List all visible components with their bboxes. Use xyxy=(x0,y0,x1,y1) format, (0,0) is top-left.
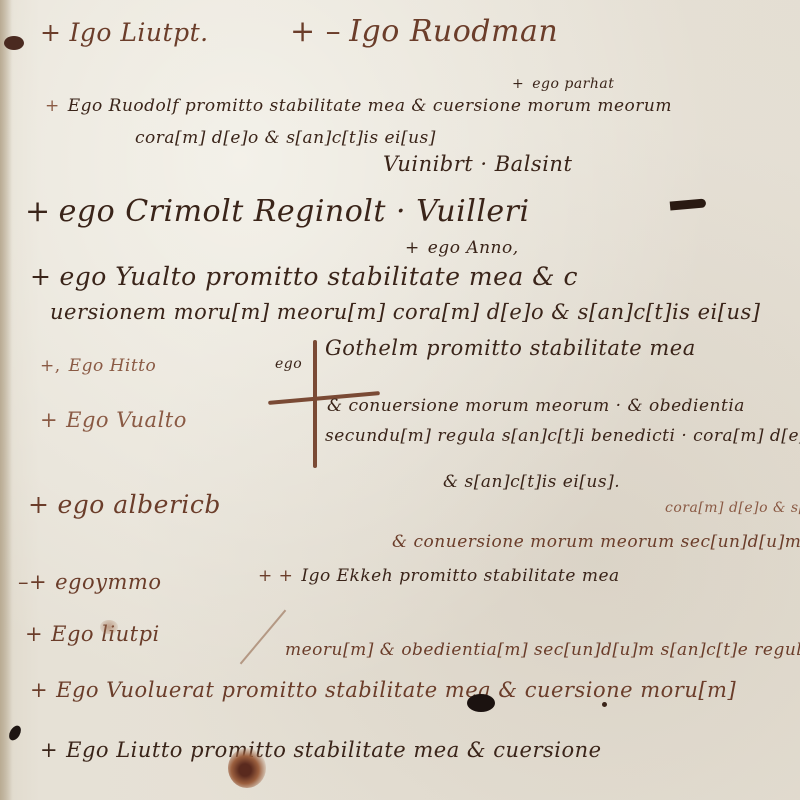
ink-blot xyxy=(467,694,495,712)
cross-icon: + xyxy=(512,76,524,92)
conversionem-line: uersionem moru[m] meoru[m] cora[m] d[e]o… xyxy=(50,300,760,324)
dot-mark xyxy=(602,702,607,707)
profession-ekkeh: + +Igo Ekkeh promitto stabilitate mea xyxy=(258,566,620,586)
cross-icon: + xyxy=(40,408,58,432)
cross-icon: + xyxy=(30,262,51,291)
ego-label: ego xyxy=(275,356,302,372)
signature-parhat: +ego parhat xyxy=(512,76,614,92)
signature-liutpi: +Ego liutpi xyxy=(25,622,160,646)
cross-icon: + xyxy=(40,18,61,47)
profession-gothelm: Gothelm promitto stabilitate mea xyxy=(325,336,696,360)
signature-ymmo: –+egoymmo xyxy=(18,570,161,594)
cross-icon: + + xyxy=(258,566,293,586)
signature-ruodman: + –Igo Ruodman xyxy=(290,14,558,49)
profession-ruodolf: +Ego Ruodolf promitto stabilitate mea & … xyxy=(45,96,672,116)
coram-deo-line: cora[m] d[e]o & s[an]c[t]is ei[us] xyxy=(135,128,436,148)
cross-icon: + xyxy=(30,678,48,702)
cross-icon: + xyxy=(25,622,43,646)
cross-icon: + – xyxy=(290,14,341,49)
large-cross-icon xyxy=(313,340,317,468)
signature-crimolt: +ego Crimolt Reginolt · Vuilleri xyxy=(25,194,530,229)
cross-icon: + xyxy=(45,96,60,116)
conversione-obedientia-line: & conuersione morum meorum · & obedienti… xyxy=(327,396,745,416)
sanctis-eius-line: & s[an]c[t]is ei[us]. xyxy=(443,472,620,492)
signature-liutpt: +Igo Liutpt. xyxy=(40,18,209,47)
signature-hitto: +,Ego Hitto xyxy=(40,356,156,376)
cross-icon: + xyxy=(25,194,51,229)
signature-albericb: +ego albericb xyxy=(28,490,221,519)
pen-trial-stroke xyxy=(240,610,287,665)
binding-edge xyxy=(0,0,12,800)
secundum-regulam-line: secundu[m] regula s[an]c[t]i benedicti ·… xyxy=(325,426,800,446)
signature-vualto: +Ego Vualto xyxy=(40,408,187,432)
profession-vuoluerat: +Ego Vuoluerat promitto stabilitate mea … xyxy=(30,678,736,702)
names-vuinibrt-balsint: Vuinibrt · Balsint xyxy=(383,152,572,176)
cross-icon: +, xyxy=(40,356,61,376)
obedientia-line: meoru[m] & obedientia[m] sec[un]d[u]m s[… xyxy=(285,640,800,660)
signature-anno: +ego Anno, xyxy=(405,238,519,258)
cross-icon: + xyxy=(40,738,58,762)
profession-yualto: +ego Yualto promitto stabilitate mea & c xyxy=(30,262,578,291)
ink-stain xyxy=(228,748,266,788)
cross-icon: –+ xyxy=(18,570,47,594)
conversione-secundum-line: & conuersione morum meorum sec[un]d[u]m … xyxy=(392,532,800,552)
manuscript-page: +Igo Liutpt. + –Igo Ruodman +ego parhat … xyxy=(0,0,800,800)
coram-deo-margin: cora[m] d[e]o & s[an]c[t]is xyxy=(665,500,800,516)
cross-icon: + xyxy=(405,238,420,258)
ink-blot xyxy=(4,36,24,50)
manicule-icon xyxy=(670,198,707,210)
cross-icon: + xyxy=(28,490,49,519)
profession-liutto: +Ego Liutto promitto stabilitate mea & c… xyxy=(40,738,602,762)
parchment-stain xyxy=(100,620,118,634)
